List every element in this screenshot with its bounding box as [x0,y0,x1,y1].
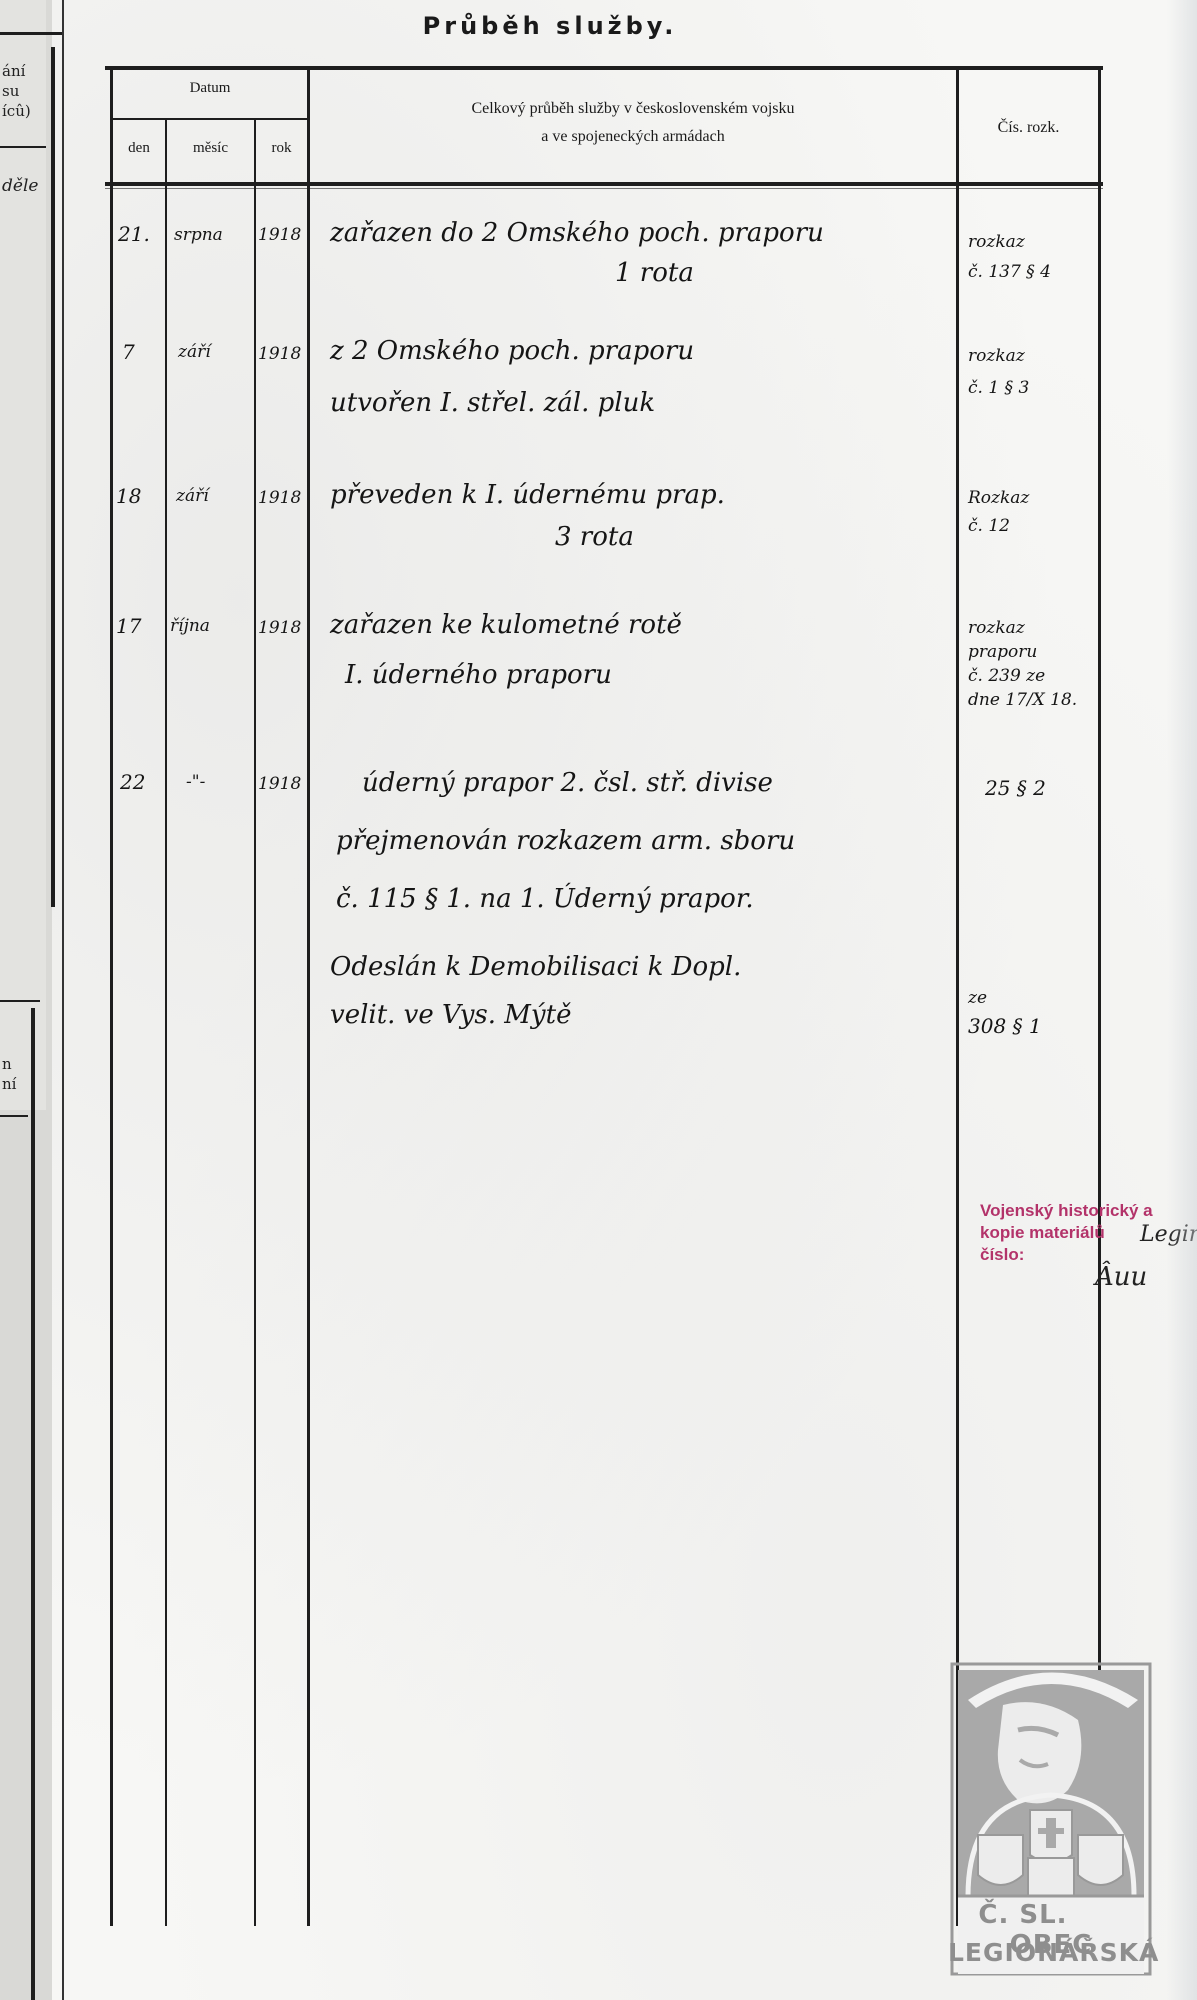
row-order-line-1: rozkaz [968,346,1025,366]
table-right-border [1098,66,1101,1926]
row-text-line-2: 1 rota [615,258,694,288]
row-rok: 1918 [258,488,301,508]
strip-border-line [51,47,55,907]
row-den: 17 [116,614,141,638]
row-den: 18 [116,484,141,508]
row-order-line-4: dne 17/X 18. [968,690,1077,710]
row-mesic: srpna [174,225,223,245]
mesic-rok-divider [254,120,256,1926]
header-rok: rok [256,140,307,157]
row-text-line-2: 3 rota [555,522,634,552]
adjacent-page-panel [0,0,46,1110]
strip-text-line-2: su [2,82,19,101]
page-title: Průběh služby. [0,12,1100,40]
row-mesic: září [178,342,211,362]
row-text-line-4: Odeslán k Demobilisaci k Dopl. [330,952,741,982]
datum-subheader-rule [112,118,308,120]
row-rok: 1918 [258,774,301,794]
stamp-signature: Âuu [1095,1262,1147,1292]
legion-logo: Č. SL. OBEC LEGIONÁŘSKÁ [948,1660,1154,1978]
row-rok: 1918 [258,225,301,245]
row-order-line-1: rozkaz [968,232,1025,252]
strip-text-line-1: ání [2,62,25,81]
row-text-line-1: z 2 Omského poch. praporu [330,336,694,366]
row-order-line-3: č. 239 ze [968,666,1045,686]
row-mesic: října [170,616,210,636]
row-text-line-1: zařazen ke kulometné rotě [330,610,682,640]
row-order-line-1: rozkaz [968,618,1025,638]
row-den: 21. [118,222,150,246]
scan-edge-shadow [1167,0,1197,2000]
row-order-line-2: ze [968,988,987,1008]
rok-main-divider [307,66,310,1926]
den-mesic-divider [165,120,167,1926]
row-rok: 1918 [258,344,301,364]
table-top-border [105,66,1103,70]
main-order-divider [956,66,959,1926]
header-datum: Datum [113,80,307,97]
archive-stamp: Vojenský historický a kopie materiálů čí… [980,1200,1153,1266]
page-gutter-line [62,0,64,2000]
header-main-line-1: Celkový průběh služby v československém … [310,96,956,122]
stamp-line-2: kopie materiálů [980,1222,1153,1244]
row-order-line-1: Rozkaz [968,488,1029,508]
header-main-line-2: a ve spojeneckých armádach [310,124,956,150]
strip-lower-divider [0,1115,28,1117]
strip-lower-border [31,1008,35,2000]
row-order-line-3: 308 § 1 [968,1014,1042,1038]
row-text-line-5: velit. ve Vys. Mýtě [330,1000,571,1030]
row-order-line-1: 25 § 2 [985,776,1046,800]
row-order-line-2: č. 12 [968,516,1010,536]
header-mesic: měsíc [167,140,254,157]
row-order-line-2: č. 137 § 4 [968,262,1051,282]
stamp-line-1: Vojenský historický a [980,1200,1153,1222]
strip-lower-text-1: n [2,1055,12,1074]
row-text-line-1: úderný prapor 2. čsl. stř. divise [362,768,773,798]
table-left-border [110,66,113,1926]
row-den: 7 [122,340,135,364]
row-mesic: září [176,486,209,506]
row-order-line-2: praporu [968,642,1037,662]
row-text-line-2: přejmenován rozkazem arm. sboru [336,826,795,856]
row-text-line-1: zařazen do 2 Omského poch. praporu [330,218,824,248]
row-text-line-2: utvořen I. střel. zál. pluk [330,388,655,418]
row-text-line-3: č. 115 § 1. na 1. Úderný prapor. [336,884,754,914]
row-text-line-1: převeden k I. údernému prap. [330,480,725,510]
logo-line-1-left: Č. SL. [978,1900,1067,1930]
strip-handwriting: děle [2,176,38,196]
logo-line-2: LEGIONÁŘSKÁ [948,1938,1154,1967]
row-mesic: -"- [186,772,205,792]
header-den: den [113,140,165,157]
row-den: 22 [120,770,145,794]
row-text-line-2: I. úderného praporu [345,660,612,690]
row-rok: 1918 [258,618,301,638]
strip-lower-text-2: ní [2,1075,16,1094]
header-cis-rozk: Čís. rozk. [959,115,1098,141]
strip-lower-rule [0,1000,40,1002]
strip-text-line-3: ícû) [2,102,31,121]
row-order-line-2: č. 1 § 3 [968,378,1029,398]
strip-divider [0,146,46,148]
